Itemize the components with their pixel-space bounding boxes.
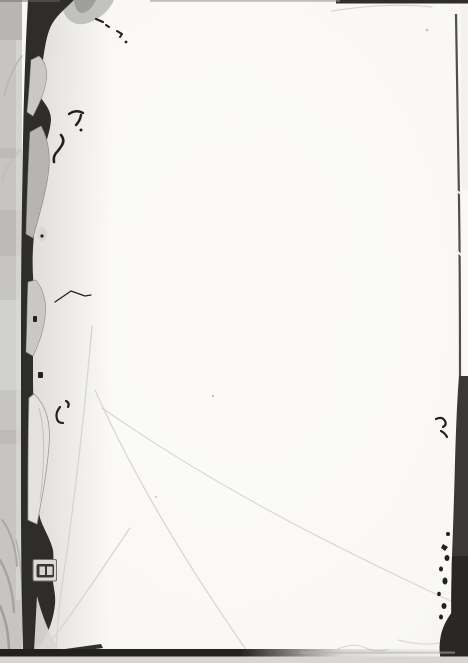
ink-speck xyxy=(80,129,83,132)
ink-speck xyxy=(443,578,448,585)
top-edge-line xyxy=(0,0,60,2)
bottom-margin-strip xyxy=(0,657,468,663)
book-page-pane xyxy=(47,567,53,576)
bottom-edge-faint-line xyxy=(300,652,455,654)
faint-speck xyxy=(155,496,157,498)
right-margin-sliver xyxy=(461,0,468,190)
book-label-plate xyxy=(33,560,57,582)
faint-speck xyxy=(212,395,214,397)
book-page-pane xyxy=(40,567,46,576)
ink-speck xyxy=(125,41,128,44)
ink-speck xyxy=(442,603,447,609)
scanned-page xyxy=(0,0,468,663)
left-page-edges xyxy=(0,0,22,663)
scan-canvas xyxy=(0,0,468,663)
ink-speck xyxy=(33,316,37,322)
top-edge-line xyxy=(150,0,340,2)
ink-speck xyxy=(445,555,450,561)
page-edge-streak xyxy=(0,0,22,40)
faint-speck xyxy=(426,29,429,32)
ink-speck xyxy=(437,592,441,596)
tear-knob xyxy=(37,227,47,241)
ink-speck xyxy=(40,234,43,237)
ink-speck xyxy=(439,567,443,572)
ink-speck xyxy=(446,532,450,536)
edge-shadow-band-dark xyxy=(451,556,468,663)
top-edge-bar xyxy=(336,0,468,4)
ink-speck xyxy=(38,372,43,378)
ink-speck xyxy=(439,615,443,620)
